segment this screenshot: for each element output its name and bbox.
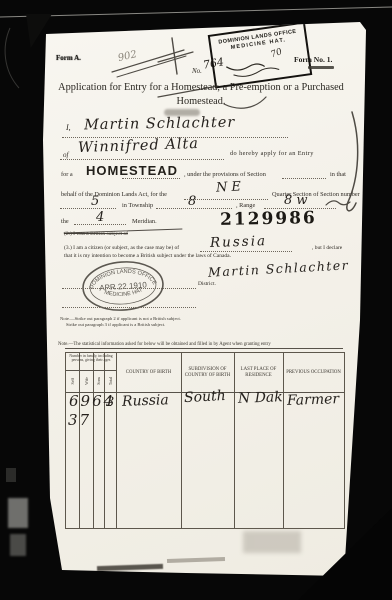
- ink-smudge: [97, 564, 163, 571]
- meridian-number-handwriting: 4: [96, 211, 104, 224]
- clause-3-tail: , but I declare: [312, 245, 342, 251]
- family-group-header: Number in family, including persons, giv…: [66, 354, 116, 363]
- scanned-document-photo: Form A. 902 No. 764 DOMINION LANDS OFFIC…: [0, 0, 392, 600]
- table-top-rule: [65, 348, 343, 349]
- blank-line: [60, 159, 224, 160]
- in-that-text: in that: [330, 171, 346, 178]
- pencil-note: 902: [117, 50, 138, 64]
- paper-sheet: Form A. 902 No. 764 DOMINION LANDS OFFIC…: [36, 20, 366, 580]
- section-number-handwriting: 5: [91, 195, 99, 208]
- footnote-line-2: Strike out paragraph 3 if applicant is a…: [66, 322, 165, 328]
- statistics-table: Number in family, including persons, giv…: [65, 352, 345, 529]
- family-col-self: Self: [66, 370, 79, 392]
- ink-smudge: [167, 557, 225, 563]
- provisions-text: , under the provisions of Section: [184, 171, 266, 178]
- range-label: , Range: [236, 202, 255, 209]
- blank-line: [74, 224, 126, 225]
- i-label: I,: [66, 123, 71, 132]
- family-col-label: Sons: [96, 377, 101, 385]
- quarter-section-handwriting: N E: [216, 180, 242, 194]
- doc-number-label: No.: [192, 67, 202, 75]
- blank-line: [122, 178, 180, 179]
- township-number-handwriting: 8: [188, 195, 196, 208]
- col-header-last-residence: LAST PLACE OF RESIDENCE: [234, 353, 283, 392]
- blank-line: [62, 307, 196, 308]
- family-col-sons: Sons: [93, 370, 104, 392]
- clause-3-lead: (3.) I am a citizen (or subject, as the …: [64, 245, 179, 251]
- cell-last-residence: N Dak: [238, 390, 283, 406]
- blank-line: [200, 251, 292, 252]
- col-header-subdivision: SUBDIVISION OF COUNTRY OF BIRTH: [181, 353, 234, 392]
- family-col-label: Self: [70, 378, 75, 384]
- cell-subdivision: South: [184, 389, 226, 405]
- meridian-label: Meridian.: [132, 218, 157, 225]
- film-blob: [10, 534, 26, 556]
- citizenship-handwriting: Russia: [210, 235, 268, 250]
- film-blob: [6, 468, 16, 482]
- blank-line: [62, 288, 196, 289]
- cell-ages-bottom: 37: [68, 413, 91, 428]
- family-col-total: Total: [104, 370, 116, 392]
- the-label: the: [61, 218, 69, 225]
- col-header-country-of-birth: COUNTRY OF BIRTH: [116, 353, 181, 392]
- stamp-scribble: [217, 48, 304, 83]
- blank-line: [282, 178, 326, 179]
- homestead-stamp: HOMESTEAD: [86, 163, 178, 178]
- col-header-occupation: PREVIOUS OCCUPATION: [283, 353, 344, 392]
- residence-handwriting: Winnifred Alta: [78, 137, 199, 156]
- behalf-text: behalf of the Dominion Lands Act, for th…: [61, 191, 167, 198]
- of-label: of: [63, 151, 68, 159]
- table-note: Note.—The statistical information asked …: [58, 342, 271, 347]
- file-number-stamp: 2129986: [220, 208, 317, 230]
- township-label: in Township: [122, 202, 153, 209]
- blank-line: [184, 199, 268, 200]
- family-col-wife: Wife: [79, 370, 93, 392]
- signature-handwriting: Martin Schlachter: [208, 259, 350, 279]
- for-a-label: for a: [61, 171, 73, 178]
- clause-2-struck: (2.) I was a British subject of: [64, 231, 128, 237]
- apply-text: do hereby apply for an Entry: [230, 150, 314, 157]
- cell-country-of-birth: Russia: [122, 393, 169, 409]
- form-no-label: Form No. 1.: [294, 55, 332, 64]
- blank-line: [60, 208, 116, 209]
- cell-family-total: 3: [106, 396, 114, 409]
- footnote-line-1: Note.—Strike out paragraph 2 if applican…: [60, 316, 181, 322]
- district-label: District.: [198, 281, 216, 287]
- form-no-smudge: [308, 66, 334, 69]
- applicant-name-handwriting: Martin Schlachter: [84, 116, 236, 133]
- family-col-label: Wife: [84, 377, 89, 385]
- title-line-1: Application for Entry for a Homestead, a…: [36, 82, 366, 93]
- ink-smudge: [243, 531, 301, 553]
- cell-occupation: Farmer: [287, 392, 340, 408]
- form-a-label: Form A.: [56, 54, 81, 62]
- range-number-handwriting: 8 w: [284, 194, 308, 207]
- film-blob: [8, 498, 28, 528]
- family-col-label: Total: [108, 377, 113, 385]
- title-line-2: Homestead.: [36, 96, 366, 107]
